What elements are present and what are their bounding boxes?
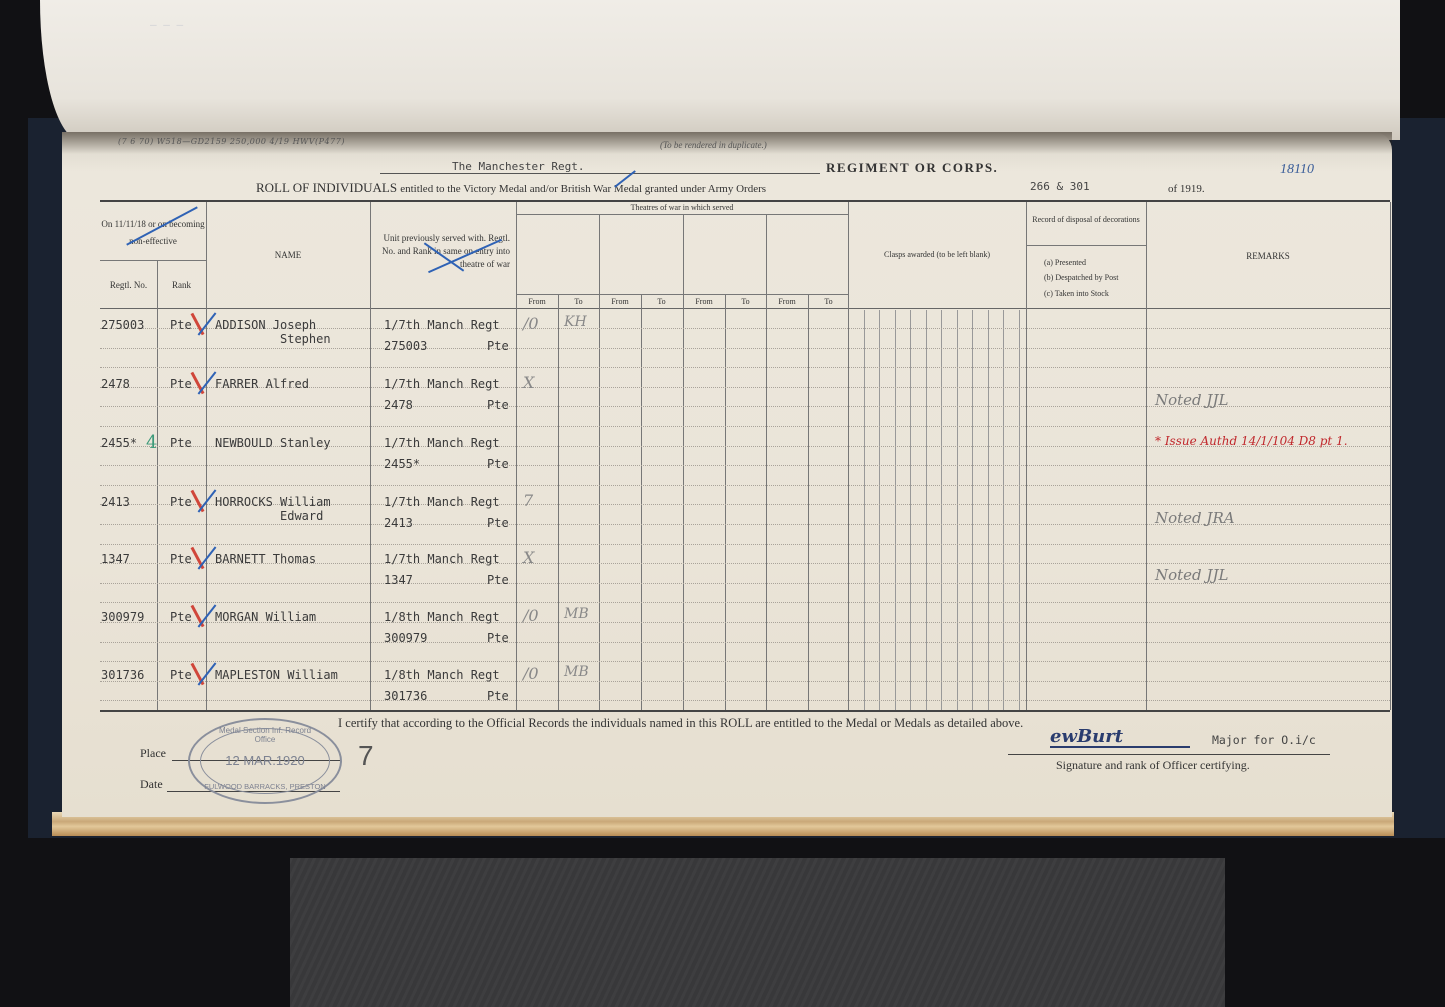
col-divider [206, 202, 207, 710]
header-rank: Rank [157, 280, 206, 290]
unit-regtl-no: 1347 [384, 573, 413, 587]
army-orders: 266 & 301 [1030, 180, 1090, 193]
count-handwritten: 7 [358, 740, 374, 772]
roll-title-main: ROLL OF INDIVIDUALS [256, 180, 397, 195]
soldier-name: NEWBOULD Stanley [215, 436, 331, 450]
soldier-name: HORROCKS William [215, 495, 331, 509]
theatre-from-mark: X [523, 373, 534, 392]
stamp-bottom-text: FULWOOD BARRACKS, PRESTON [204, 782, 326, 791]
unit-served: 1/8th Manch Regt [384, 610, 500, 624]
soldier-name: MAPLESTON William [215, 668, 338, 682]
header-divider [516, 214, 848, 215]
clasp-column-line [864, 310, 865, 710]
place-label: Place [140, 746, 166, 761]
unit-served: 1/7th Manch Regt [384, 495, 500, 509]
col-divider [1390, 202, 1391, 710]
remark-handwritten: Noted JJL [1155, 566, 1228, 584]
header-to-3: To [725, 297, 766, 306]
rank: Pte [170, 377, 192, 391]
rendered-note: (To be rendered in duplicate.) [660, 140, 767, 150]
clasp-column-line [910, 310, 911, 710]
officer-rank: Major for O.i/c [1212, 733, 1316, 747]
stamp-top-text: Medal Section Inf. Record Office [210, 726, 320, 744]
theatre-from-mark: /0 [523, 606, 539, 625]
regtl-no: 301736 [101, 668, 144, 682]
header-divider [516, 294, 848, 295]
signature-line [1008, 754, 1330, 755]
col-divider [599, 214, 600, 710]
table-bottom-rule [100, 710, 1390, 712]
clasp-column-line [957, 310, 958, 710]
theatre-from-mark: X [523, 548, 534, 567]
unit-rank: Pte [487, 457, 509, 471]
ruled-dotted-line [100, 426, 1390, 427]
ruled-dotted-line [100, 348, 1390, 349]
disposal-option-b: (b) Despatched by Post [1044, 273, 1118, 282]
green-four-mark: 4 [146, 432, 157, 453]
regtl-no: 1347 [101, 552, 130, 566]
col-divider [1146, 202, 1147, 710]
page-ref: 18110 [1280, 162, 1314, 178]
header-from-1: From [516, 297, 558, 306]
unit-regtl-no: 275003 [384, 339, 427, 353]
col-divider [725, 294, 726, 710]
regiment-underline [380, 173, 820, 174]
officer-signature: ewBurt [1050, 726, 1123, 747]
theatre-to-mark: MB [564, 664, 589, 680]
clasp-column-line [879, 310, 880, 710]
soldier-name-cont: Edward [280, 509, 323, 523]
header-status-group: On 11/11/18 or on becoming non-effective [100, 216, 206, 250]
unit-served: 1/8th Manch Regt [384, 668, 500, 682]
soldier-name: BARNETT Thomas [215, 552, 316, 566]
ruled-dotted-line [100, 367, 1390, 368]
header-clasps: Clasps awarded (to be left blank) [848, 250, 1026, 259]
col-divider [516, 202, 517, 710]
rank: Pte [170, 552, 192, 566]
theatre-from-mark: /0 [523, 664, 539, 683]
print-code: (7 6 70) W518—GD2159 250,000 4/19 HWV(P4… [118, 137, 345, 146]
ghost-text: — — — [150, 18, 183, 31]
table-top-rule [100, 200, 1390, 202]
signature-caption: Signature and rank of Officer certifying… [1056, 758, 1250, 773]
col-divider [1026, 202, 1027, 710]
rank: Pte [170, 668, 192, 682]
regtl-no: 2455* [101, 436, 137, 450]
col-divider [848, 202, 849, 710]
unit-served: 1/7th Manch Regt [384, 436, 500, 450]
date-label: Date [140, 777, 163, 792]
certify-text: I certify that according to the Official… [338, 716, 1023, 731]
col-divider [808, 294, 809, 710]
signature-underline [1050, 746, 1190, 748]
header-regtl-no: Regtl. No. [100, 280, 157, 290]
regtl-no: 275003 [101, 318, 144, 332]
previous-page-curl: — — — [40, 0, 1400, 140]
remark-handwritten: * Issue Authd 14/1/104 D8 pt 1. [1155, 434, 1348, 448]
theatre-to-mark: KH [564, 314, 587, 330]
ruled-dotted-line [100, 602, 1390, 603]
roll-subtitle: entitled to the Victory Medal and/or Bri… [400, 183, 766, 195]
theatre-from-mark: 7 [523, 491, 533, 510]
soldier-name: MORGAN William [215, 610, 316, 624]
soldier-name-cont: Stephen [280, 332, 331, 346]
roll-page [62, 132, 1392, 817]
ruled-dotted-line [100, 642, 1390, 643]
regiment-label: REGIMENT OR CORPS. [826, 160, 998, 176]
soldier-name: FARRER Alfred [215, 377, 309, 391]
ruled-dotted-line [100, 700, 1390, 701]
ruled-dotted-line [100, 485, 1390, 486]
col-divider [558, 294, 559, 710]
unit-rank: Pte [487, 516, 509, 530]
clasp-column-line [1003, 310, 1004, 710]
col-divider [370, 202, 371, 710]
clasp-column-line [941, 310, 942, 710]
rank: Pte [170, 495, 192, 509]
rank: Pte [170, 610, 192, 624]
header-remarks: REMARKS [1146, 251, 1390, 261]
unit-served: 1/7th Manch Regt [384, 377, 500, 391]
header-bottom-line [100, 308, 1390, 309]
unit-regtl-no: 301736 [384, 689, 427, 703]
unit-regtl-no: 2478 [384, 398, 413, 412]
disposal-option-a: (a) Presented [1044, 258, 1086, 267]
unit-rank: Pte [487, 631, 509, 645]
unit-regtl-no: 2455* [384, 457, 420, 471]
regtl-no: 2413 [101, 495, 130, 509]
unit-served: 1/7th Manch Regt [384, 552, 500, 566]
clasp-column-line [1019, 310, 1020, 710]
unit-rank: Pte [487, 573, 509, 587]
unit-rank: Pte [487, 398, 509, 412]
regtl-no: 2478 [101, 377, 130, 391]
header-to-2: To [641, 297, 682, 306]
header-from-2: From [599, 297, 641, 306]
remark-handwritten: Noted JRA [1155, 509, 1235, 527]
header-name: NAME [206, 250, 370, 260]
book-support-board [290, 858, 1225, 1007]
header-disposal: Record of disposal of decorations [1030, 212, 1142, 228]
clasp-column-line [926, 310, 927, 710]
rank: Pte [170, 436, 192, 450]
col-divider [766, 214, 767, 710]
clasp-column-line [895, 310, 896, 710]
unit-rank: Pte [487, 689, 509, 703]
rank: Pte [170, 318, 192, 332]
header-to-1: To [558, 297, 599, 306]
unit-regtl-no: 300979 [384, 631, 427, 645]
ruled-dotted-line [100, 661, 1390, 662]
ruled-dotted-line [100, 465, 1390, 466]
year: of 1919. [1168, 183, 1205, 195]
header-divider [1026, 245, 1146, 246]
regiment-name: The Manchester Regt. [452, 160, 584, 173]
header-to-4: To [808, 297, 849, 306]
header-from-4: From [766, 297, 808, 306]
ruled-dotted-line [100, 544, 1390, 545]
clasp-column-line [988, 310, 989, 710]
clasp-column-line [972, 310, 973, 710]
roll-title: ROLL OF INDIVIDUALS entitled to the Vict… [256, 180, 766, 196]
col-divider [683, 214, 684, 710]
stamp-date: 12 MAR.1920 [190, 753, 340, 768]
soldier-name: ADDISON Joseph [215, 318, 316, 332]
theatre-to-mark: MB [564, 606, 589, 622]
regtl-no: 300979 [101, 610, 144, 624]
header-divider [100, 260, 206, 261]
header-theatres: Theatres of war in which served [516, 203, 848, 212]
unit-regtl-no: 2413 [384, 516, 413, 530]
theatre-from-mark: /0 [523, 314, 539, 333]
remark-handwritten: Noted JJL [1155, 391, 1228, 409]
col-divider [641, 294, 642, 710]
header-from-3: From [683, 297, 725, 306]
disposal-option-c: (c) Taken into Stock [1044, 289, 1109, 298]
record-office-stamp: Medal Section Inf. Record Office 12 MAR.… [188, 718, 342, 804]
unit-rank: Pte [487, 339, 509, 353]
unit-served: 1/7th Manch Regt [384, 318, 500, 332]
